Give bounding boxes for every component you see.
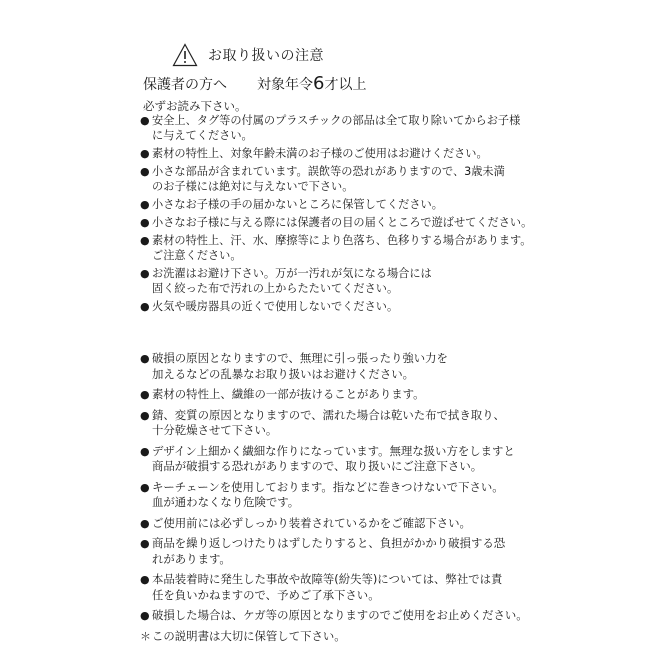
- caution-item: ●錆、変質の原因となりますので、濡れた場合は乾いた布で拭き取り、十分乾燥させて下…: [140, 408, 540, 439]
- caution-text-line: 本品装着時に発生した事故や故障等(紛失等)については、弊社では責: [152, 572, 540, 588]
- caution-text-line: に与えてください。: [152, 128, 540, 143]
- caution-item: ●商品を繰り返しつけたりはずしたりすると、負担がかかり破損する恐れがあります。: [140, 536, 540, 567]
- caution-item: ●小さな部品が含まれています。誤飲等の恐れがありますので、3歳未満のお子様には絶…: [140, 164, 540, 194]
- caution-item: ●素材の特性上、汗、水、摩擦等により色落ち、色移りする場合があります。ご注意くだ…: [140, 233, 540, 263]
- caution-item: ●破損の原因となりますので、無理に引っ張ったり強い力を加えるなどの乱暴なお取り扱…: [140, 351, 540, 382]
- caution-text-line: 固く絞った布で汚れの上からたたいてください。: [152, 281, 540, 296]
- caution-text-line: ご使用前には必ずしっかり装着されているかをご確認下さい。: [152, 516, 540, 532]
- bullet-icon: ●: [140, 299, 150, 314]
- caution-item: ●素材の特性上、対象年齢未満のお子様のご使用はお避けください。: [140, 146, 540, 161]
- age-number: 6: [313, 73, 324, 94]
- age-suffix: 才以上: [324, 77, 366, 93]
- caution-text-line: 血が通わなくなり危険です。: [152, 495, 540, 511]
- caution-text-line: この説明書は大切に保管して下さい。: [152, 629, 540, 645]
- bullet-icon: ●: [140, 164, 150, 179]
- bullet-icon: ●: [140, 536, 150, 552]
- bullet-icon: ●: [140, 266, 150, 281]
- warning-triangle-icon: [172, 43, 198, 67]
- caution-item: ●破損した場合は、ケガ等の原因となりますのでご使用をお止めください。: [140, 608, 540, 624]
- caution-text-line: キーチェーンを使用しております。指などに巻きつけないで下さい。: [152, 480, 540, 496]
- bullet-icon: ●: [140, 516, 150, 532]
- caution-text-line: 任を負いかねますので、予めご了承下さい。: [152, 588, 540, 604]
- document-title: お取り扱いの注意: [208, 45, 324, 65]
- must-read-notice: 必ずお読み下さい。: [143, 98, 247, 114]
- caution-item: ＊この説明書は大切に保管して下さい。: [140, 629, 540, 645]
- caution-text-line: 商品が破損する恐れがありますので、取り扱いにご注意下さい。: [152, 459, 540, 475]
- caution-item: ●小さなお子様に与える際には保護者の目の届くところで遊ばせてください。: [140, 215, 540, 230]
- bullet-icon: ●: [140, 146, 150, 161]
- caution-text-line: れがあります。: [152, 552, 540, 568]
- asterisk-icon: ＊: [140, 629, 151, 645]
- caution-list-2: ●破損の原因となりますので、無理に引っ張ったり強い力を加えるなどの乱暴なお取り扱…: [140, 351, 540, 649]
- caution-text-line: 錆、変質の原因となりますので、濡れた場合は乾いた布で拭き取り、: [152, 408, 540, 424]
- caution-text-line: お洗濯はお避け下さい。万が一汚れが気になる場合には: [152, 266, 540, 281]
- bullet-icon: ●: [140, 113, 150, 128]
- bullet-icon: ●: [140, 480, 150, 496]
- caution-text-line: 小さな部品が含まれています。誤飲等の恐れがありますので、3歳未満: [152, 164, 540, 179]
- caution-item: ●素材の特性上、繊維の一部が抜けることがあります。: [140, 387, 540, 403]
- caution-text-line: 安全上、タグ等の付属のプラスチックの部品は全て取り除いてからお子様: [152, 113, 540, 128]
- caution-item: ●小さなお子様の手の届かないところに保管してください。: [140, 197, 540, 212]
- caution-item: ●火気や暖房器具の近くで使用しないでください。: [140, 299, 540, 314]
- caution-text-line: のお子様には絶対に与えないで下さい。: [152, 179, 540, 194]
- audience-row: 保護者の方へ対象年令6才以上: [143, 73, 366, 94]
- caution-text-line: 破損した場合は、ケガ等の原因となりますのでご使用をお止めください。: [152, 608, 540, 624]
- bullet-icon: ●: [140, 197, 150, 212]
- caution-item: ●お洗濯はお避け下さい。万が一汚れが気になる場合には固く絞った布で汚れの上からた…: [140, 266, 540, 296]
- caution-text-line: 素材の特性上、繊維の一部が抜けることがあります。: [152, 387, 540, 403]
- caution-text-line: 小さなお子様の手の届かないところに保管してください。: [152, 197, 540, 212]
- bullet-icon: ●: [140, 608, 150, 624]
- caution-item: ●安全上、タグ等の付属のプラスチックの部品は全て取り除いてからお子様に与えてくだ…: [140, 113, 540, 143]
- caution-item: ●キーチェーンを使用しております。指などに巻きつけないで下さい。血が通わなくなり…: [140, 480, 540, 511]
- age-prefix: 対象年令: [257, 77, 313, 93]
- caution-text-line: 火気や暖房器具の近くで使用しないでください。: [152, 299, 540, 314]
- bullet-icon: ●: [140, 572, 150, 588]
- caution-text-line: 十分乾燥させて下さい。: [152, 423, 540, 439]
- bullet-icon: ●: [140, 444, 150, 460]
- caution-item: ●デザイン上細かく繊細な作りになっています。無理な扱い方をしますと商品が破損する…: [140, 444, 540, 475]
- caution-item: ●本品装着時に発生した事故や故障等(紛失等)については、弊社では責任を負いかねま…: [140, 572, 540, 603]
- bullet-icon: ●: [140, 351, 150, 367]
- caution-text-line: 商品を繰り返しつけたりはずしたりすると、負担がかかり破損する恐: [152, 536, 540, 552]
- caution-text-line: 素材の特性上、対象年齢未満のお子様のご使用はお避けください。: [152, 146, 540, 161]
- audience-label: 保護者の方へ: [143, 77, 227, 93]
- caution-text-line: 素材の特性上、汗、水、摩擦等により色落ち、色移りする場合があります。: [152, 233, 540, 248]
- title-row: お取り扱いの注意: [172, 40, 324, 70]
- caution-text-line: デザイン上細かく繊細な作りになっています。無理な扱い方をしますと: [152, 444, 540, 460]
- bullet-icon: ●: [140, 408, 150, 424]
- caution-list-1: ●安全上、タグ等の付属のプラスチックの部品は全て取り除いてからお子様に与えてくだ…: [140, 113, 540, 317]
- caution-item: ●ご使用前には必ずしっかり装着されているかをご確認下さい。: [140, 516, 540, 532]
- bullet-icon: ●: [140, 387, 150, 403]
- care-instructions-document: お取り扱いの注意 保護者の方へ対象年令6才以上 必ずお読み下さい。 ●安全上、タ…: [0, 0, 652, 652]
- bullet-icon: ●: [140, 233, 150, 248]
- caution-text-line: 加えるなどの乱暴なお取り扱いはお避けください。: [152, 367, 540, 383]
- caution-text-line: 小さなお子様に与える際には保護者の目の届くところで遊ばせてください。: [152, 215, 540, 230]
- caution-text-line: 破損の原因となりますので、無理に引っ張ったり強い力を: [152, 351, 540, 367]
- caution-text-line: ご注意ください。: [152, 248, 540, 263]
- bullet-icon: ●: [140, 215, 150, 230]
